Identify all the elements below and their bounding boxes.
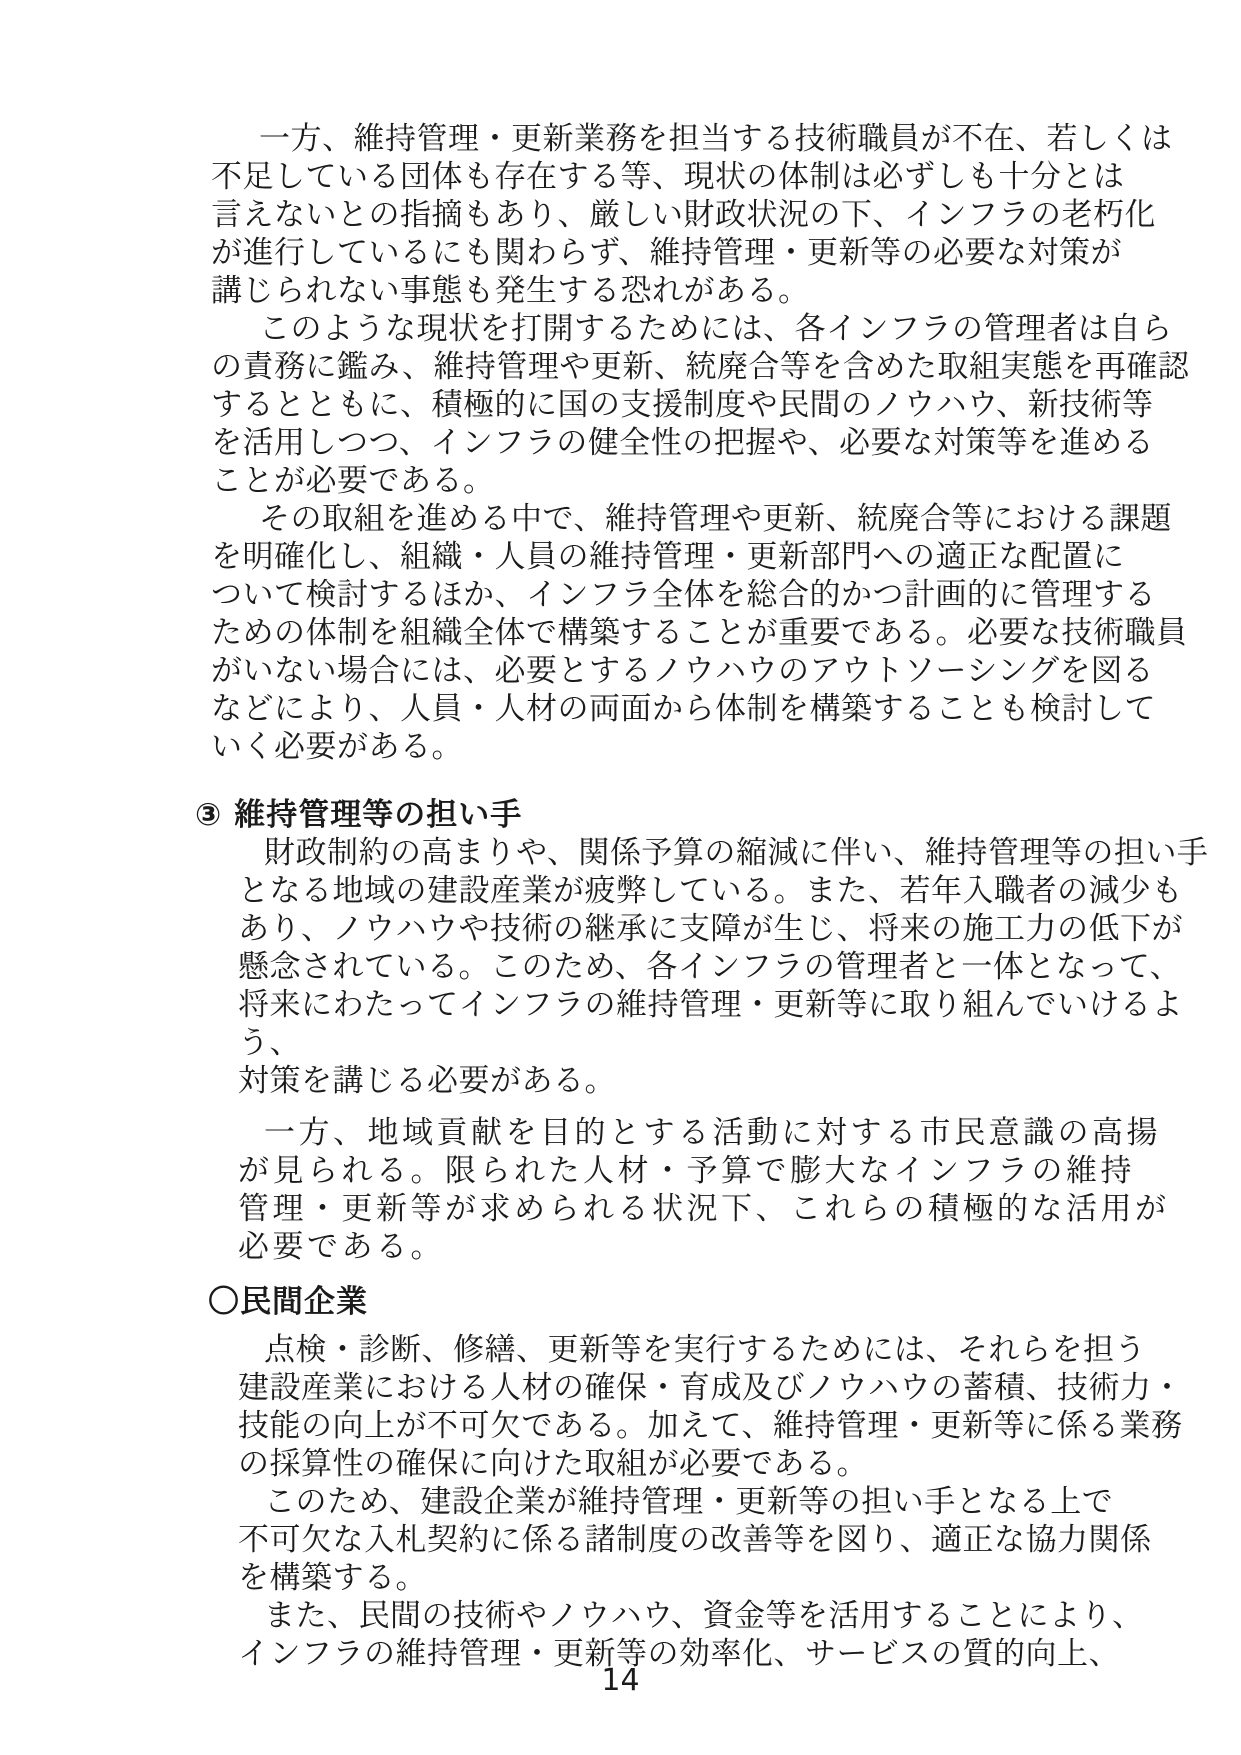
section-heading-maintenance-carriers: ③維持管理等の担い手 xyxy=(195,796,1211,834)
paragraph-manager-responsibility: このような現状を打開するためには、各インフラの管理者は自ら の責務に鑑み、維持管… xyxy=(211,310,1211,500)
circled-three-marker: ③ xyxy=(195,797,222,833)
paragraph-tech-staff-shortage: 一方、維持管理・更新業務を担当する技術職員が不在、若しくは 不足している団体も存… xyxy=(211,120,1211,310)
section-heading-label: 維持管理等の担い手 xyxy=(234,797,522,833)
paragraph-construction-industry-decline: 財政制約の高まりや、関係予算の縮減に伴い、維持管理等の担い手 となる地域の建設産… xyxy=(238,834,1211,1100)
document-page: 一方、維持管理・更新業務を担当する技術職員が不在、若しくは 不足している団体も存… xyxy=(0,0,1241,1755)
paragraph-citizen-awareness: 一方、地域貢献を目的とする活動に対する市民意識の高揚 が見られる。限られた人材・… xyxy=(238,1114,1211,1266)
page-number: 14 xyxy=(0,1663,1241,1698)
circle-marker: 〇 xyxy=(208,1284,240,1320)
document-body: 一方、維持管理・更新業務を担当する技術職員が不在、若しくは 不足している団体も存… xyxy=(211,120,1211,1673)
paragraph-bidding-contract-systems: このため、建設企業が維持管理・更新等の担い手となる上で 不可欠な入札契約に係る諸… xyxy=(238,1483,1211,1597)
paragraph-organizational-structure: その取組を進める中で、維持管理や更新、統廃合等における課題 を明確化し、組織・人… xyxy=(211,500,1211,766)
section-heading-private-companies: 〇民間企業 xyxy=(208,1283,1211,1321)
paragraph-private-technology-funds: また、民間の技術やノウハウ、資金等を活用することにより、 インフラの維持管理・更… xyxy=(238,1597,1211,1673)
paragraph-inspection-repair-skills: 点検・診断、修繕、更新等を実行するためには、それらを担う 建設産業における人材の… xyxy=(238,1331,1211,1483)
section-heading-label: 民間企業 xyxy=(240,1284,368,1320)
